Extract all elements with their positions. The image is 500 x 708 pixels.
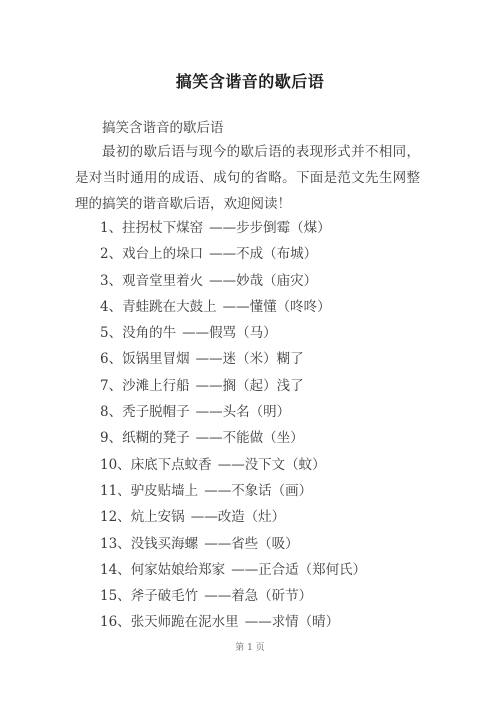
item-number: 1、 [100, 220, 122, 236]
item-riddle: 沙滩上行船 [122, 378, 190, 394]
item-number: 8、 [100, 404, 122, 420]
list-item: 1、拄拐杖下煤窑——步步倒霉（煤） [100, 215, 366, 241]
item-answer: ——正合适（郑何氏） [231, 562, 366, 578]
item-riddle: 戏台上的垛口 [122, 246, 203, 262]
item-answer: ——搁（起）浅了 [196, 378, 304, 394]
item-answer: ——求情（晴） [245, 614, 340, 630]
list-item: 11、驴皮贴墙上——不象话（画） [100, 478, 366, 504]
intro-paragraph: 最初的歇后语与现今的歇后语的表现形式并不相同，是对当时通用的成语、成句的省略。下… [75, 139, 420, 217]
item-riddle: 驴皮贴墙上 [131, 483, 199, 499]
item-number: 3、 [100, 273, 122, 289]
list-item: 4、青蛙跳在大鼓上——懂懂（咚咚） [100, 294, 366, 320]
list-item: 14、何家姑娘给郑家——正合适（郑何氏） [100, 557, 366, 583]
list-item: 10、床底下点蚊香——没下文（蚊） [100, 452, 366, 478]
list-item: 16、张天师跪在泥水里——求情（晴） [100, 609, 366, 635]
item-number: 10、 [100, 457, 131, 473]
item-number: 2、 [100, 246, 122, 262]
list-item: 12、炕上安锅——改造（灶） [100, 504, 366, 530]
list-item: 5、没角的牛——假骂（马） [100, 320, 366, 346]
xiehouyu-list: 1、拄拐杖下煤窑——步步倒霉（煤） 2、戏台上的垛口——不成（布城） 3、观音堂… [100, 215, 366, 636]
item-number: 11、 [100, 483, 131, 499]
item-riddle: 炕上安锅 [131, 509, 185, 525]
item-riddle: 斧子破毛竹 [131, 588, 199, 604]
item-answer: ——不象话（画） [204, 483, 312, 499]
item-number: 16、 [100, 614, 131, 630]
item-answer: ——不能做（坐） [196, 430, 304, 446]
item-answer: ——懂懂（咚咚） [223, 299, 331, 315]
item-riddle: 床底下点蚊香 [131, 457, 212, 473]
list-item: 13、没钱买海螺——省些（吸） [100, 531, 366, 557]
item-riddle: 秃子脱帽子 [122, 404, 190, 420]
document-page: 搞笑含谐音的歇后语 搞笑含谐音的歇后语 最初的歇后语与现今的歇后语的表现形式并不… [0, 0, 500, 708]
item-riddle: 观音堂里着火 [122, 273, 203, 289]
item-answer: ——省些（吸） [204, 536, 299, 552]
item-number: 5、 [100, 325, 122, 341]
item-riddle: 张天师跪在泥水里 [131, 614, 239, 630]
item-answer: ——妙哉（庙灾） [209, 273, 317, 289]
item-riddle: 没角的牛 [122, 325, 176, 341]
item-number: 6、 [100, 351, 122, 367]
item-riddle: 没钱买海螺 [131, 536, 199, 552]
item-answer: ——不成（布城） [209, 246, 317, 262]
item-number: 13、 [100, 536, 131, 552]
list-item: 7、沙滩上行船——搁（起）浅了 [100, 373, 366, 399]
list-item: 3、观音堂里着火——妙哉（庙灾） [100, 268, 366, 294]
item-answer: ——着急（斫节） [204, 588, 312, 604]
item-answer: ——头名（明） [196, 404, 291, 420]
item-riddle: 饭锅里冒烟 [122, 351, 190, 367]
list-item: 6、饭锅里冒烟——迷（米）糊了 [100, 346, 366, 372]
item-riddle: 青蛙跳在大鼓上 [122, 299, 217, 315]
list-item: 8、秃子脱帽子——头名（明） [100, 399, 366, 425]
item-number: 14、 [100, 562, 131, 578]
item-answer: ——步步倒霉（煤） [209, 220, 331, 236]
item-number: 4、 [100, 299, 122, 315]
item-number: 12、 [100, 509, 131, 525]
subtitle: 搞笑含谐音的歇后语 [102, 116, 224, 136]
page-number: 第 1 页 [0, 640, 500, 653]
item-number: 7、 [100, 378, 122, 394]
item-answer: ——改造（灶） [191, 509, 286, 525]
list-item: 9、纸糊的凳子——不能做（坐） [100, 425, 366, 451]
page-title: 搞笑含谐音的歇后语 [0, 69, 500, 92]
item-riddle: 拄拐杖下煤窑 [122, 220, 203, 236]
item-answer: ——迷（米）糊了 [196, 351, 304, 367]
list-item: 2、戏台上的垛口——不成（布城） [100, 241, 366, 267]
item-answer: ——假骂（马） [182, 325, 277, 341]
list-item: 15、斧子破毛竹——着急（斫节） [100, 583, 366, 609]
item-riddle: 纸糊的凳子 [122, 430, 190, 446]
item-answer: ——没下文（蚊） [218, 457, 326, 473]
item-number: 9、 [100, 430, 122, 446]
item-riddle: 何家姑娘给郑家 [131, 562, 226, 578]
item-number: 15、 [100, 588, 131, 604]
